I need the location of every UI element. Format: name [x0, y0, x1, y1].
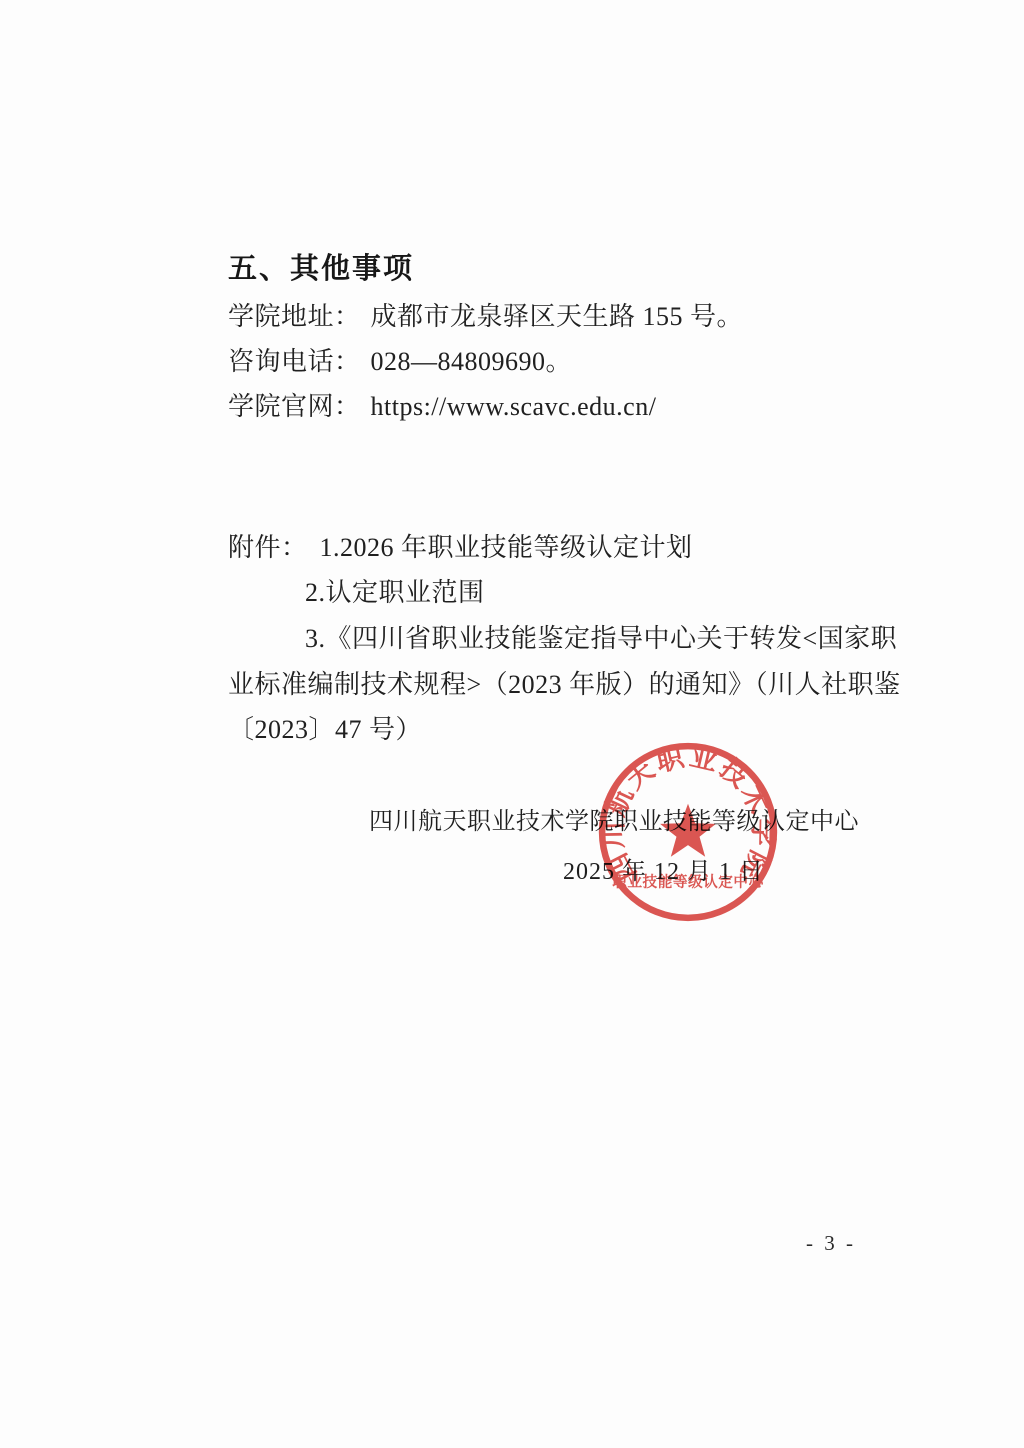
phone-value: 028—84809690。: [371, 347, 573, 376]
attachment-item-3-line-3: 〔2023〕47 号）: [228, 709, 422, 746]
phone-line: 咨询电话：028—84809690。: [228, 341, 572, 378]
attachment-item-3-line-1: 3.《四川省职业技能鉴定指导中心关于转发<国家职: [305, 618, 897, 655]
attachment-item-2: 2.认定职业范围: [305, 572, 485, 609]
website-line: 学院官网：https://www.scavc.edu.cn/: [228, 386, 656, 423]
section-heading: 五、其他事项: [228, 246, 414, 287]
attachments-label: 附件：: [228, 533, 308, 562]
stamp-star-icon: [660, 804, 716, 857]
stamp-bottom-text: 职业技能等级认定中心: [612, 873, 764, 891]
website-label: 学院官网：: [228, 392, 361, 421]
address-line: 学院地址：成都市龙泉驿区天生路 155 号。: [228, 296, 743, 333]
attachments-line-1: 附件：1.2026 年职业技能等级认定计划: [228, 527, 693, 564]
phone-label: 咨询电话：: [228, 347, 361, 376]
address-value: 成都市龙泉驿区天生路 155 号。: [371, 302, 744, 331]
document-page: 五、其他事项 学院地址：成都市龙泉驿区天生路 155 号。 咨询电话：028—8…: [0, 0, 1024, 1448]
address-label: 学院地址：: [228, 302, 361, 331]
website-value: https://www.scavc.edu.cn/: [371, 392, 657, 421]
page-number: - 3 -: [806, 1231, 856, 1256]
attachment-item-1: 1.2026 年职业技能等级认定计划: [320, 533, 693, 562]
official-seal-stamp: 四川航天职业技术学院 职业技能等级认定中心: [592, 736, 784, 928]
attachment-item-3-line-2: 业标准编制技术规程>（2023 年版）的通知》（川人社职鉴: [228, 664, 901, 701]
